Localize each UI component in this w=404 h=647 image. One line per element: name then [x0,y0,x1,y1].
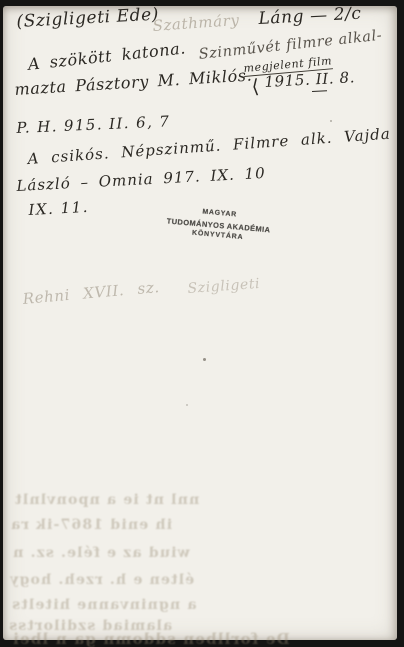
bleed-through-line: ih enid 1867-ik ra [10,517,172,533]
bleed-through-line: wiud az e féle. sz. n [12,545,190,561]
bleed-through-line: a ngninvanne hitelts [11,597,196,613]
paper-speck [203,358,206,361]
paper-speck [186,404,188,406]
bleed-through-line: De forllben sddomn ga n lbei [12,630,290,647]
scanned-catalog-card: (Szigligeti Ede) Szathmáry Láng — 2/c A … [0,0,404,647]
bleed-through-line: nnl nt ie a nponvlnlt [14,492,199,508]
paper-speck [330,120,332,122]
entry2-line3: IX. 11. [28,198,89,219]
bleed-through-line: élten e h. rzeh. hogy [9,572,194,588]
insertion-caret: ⟨ [251,75,261,98]
